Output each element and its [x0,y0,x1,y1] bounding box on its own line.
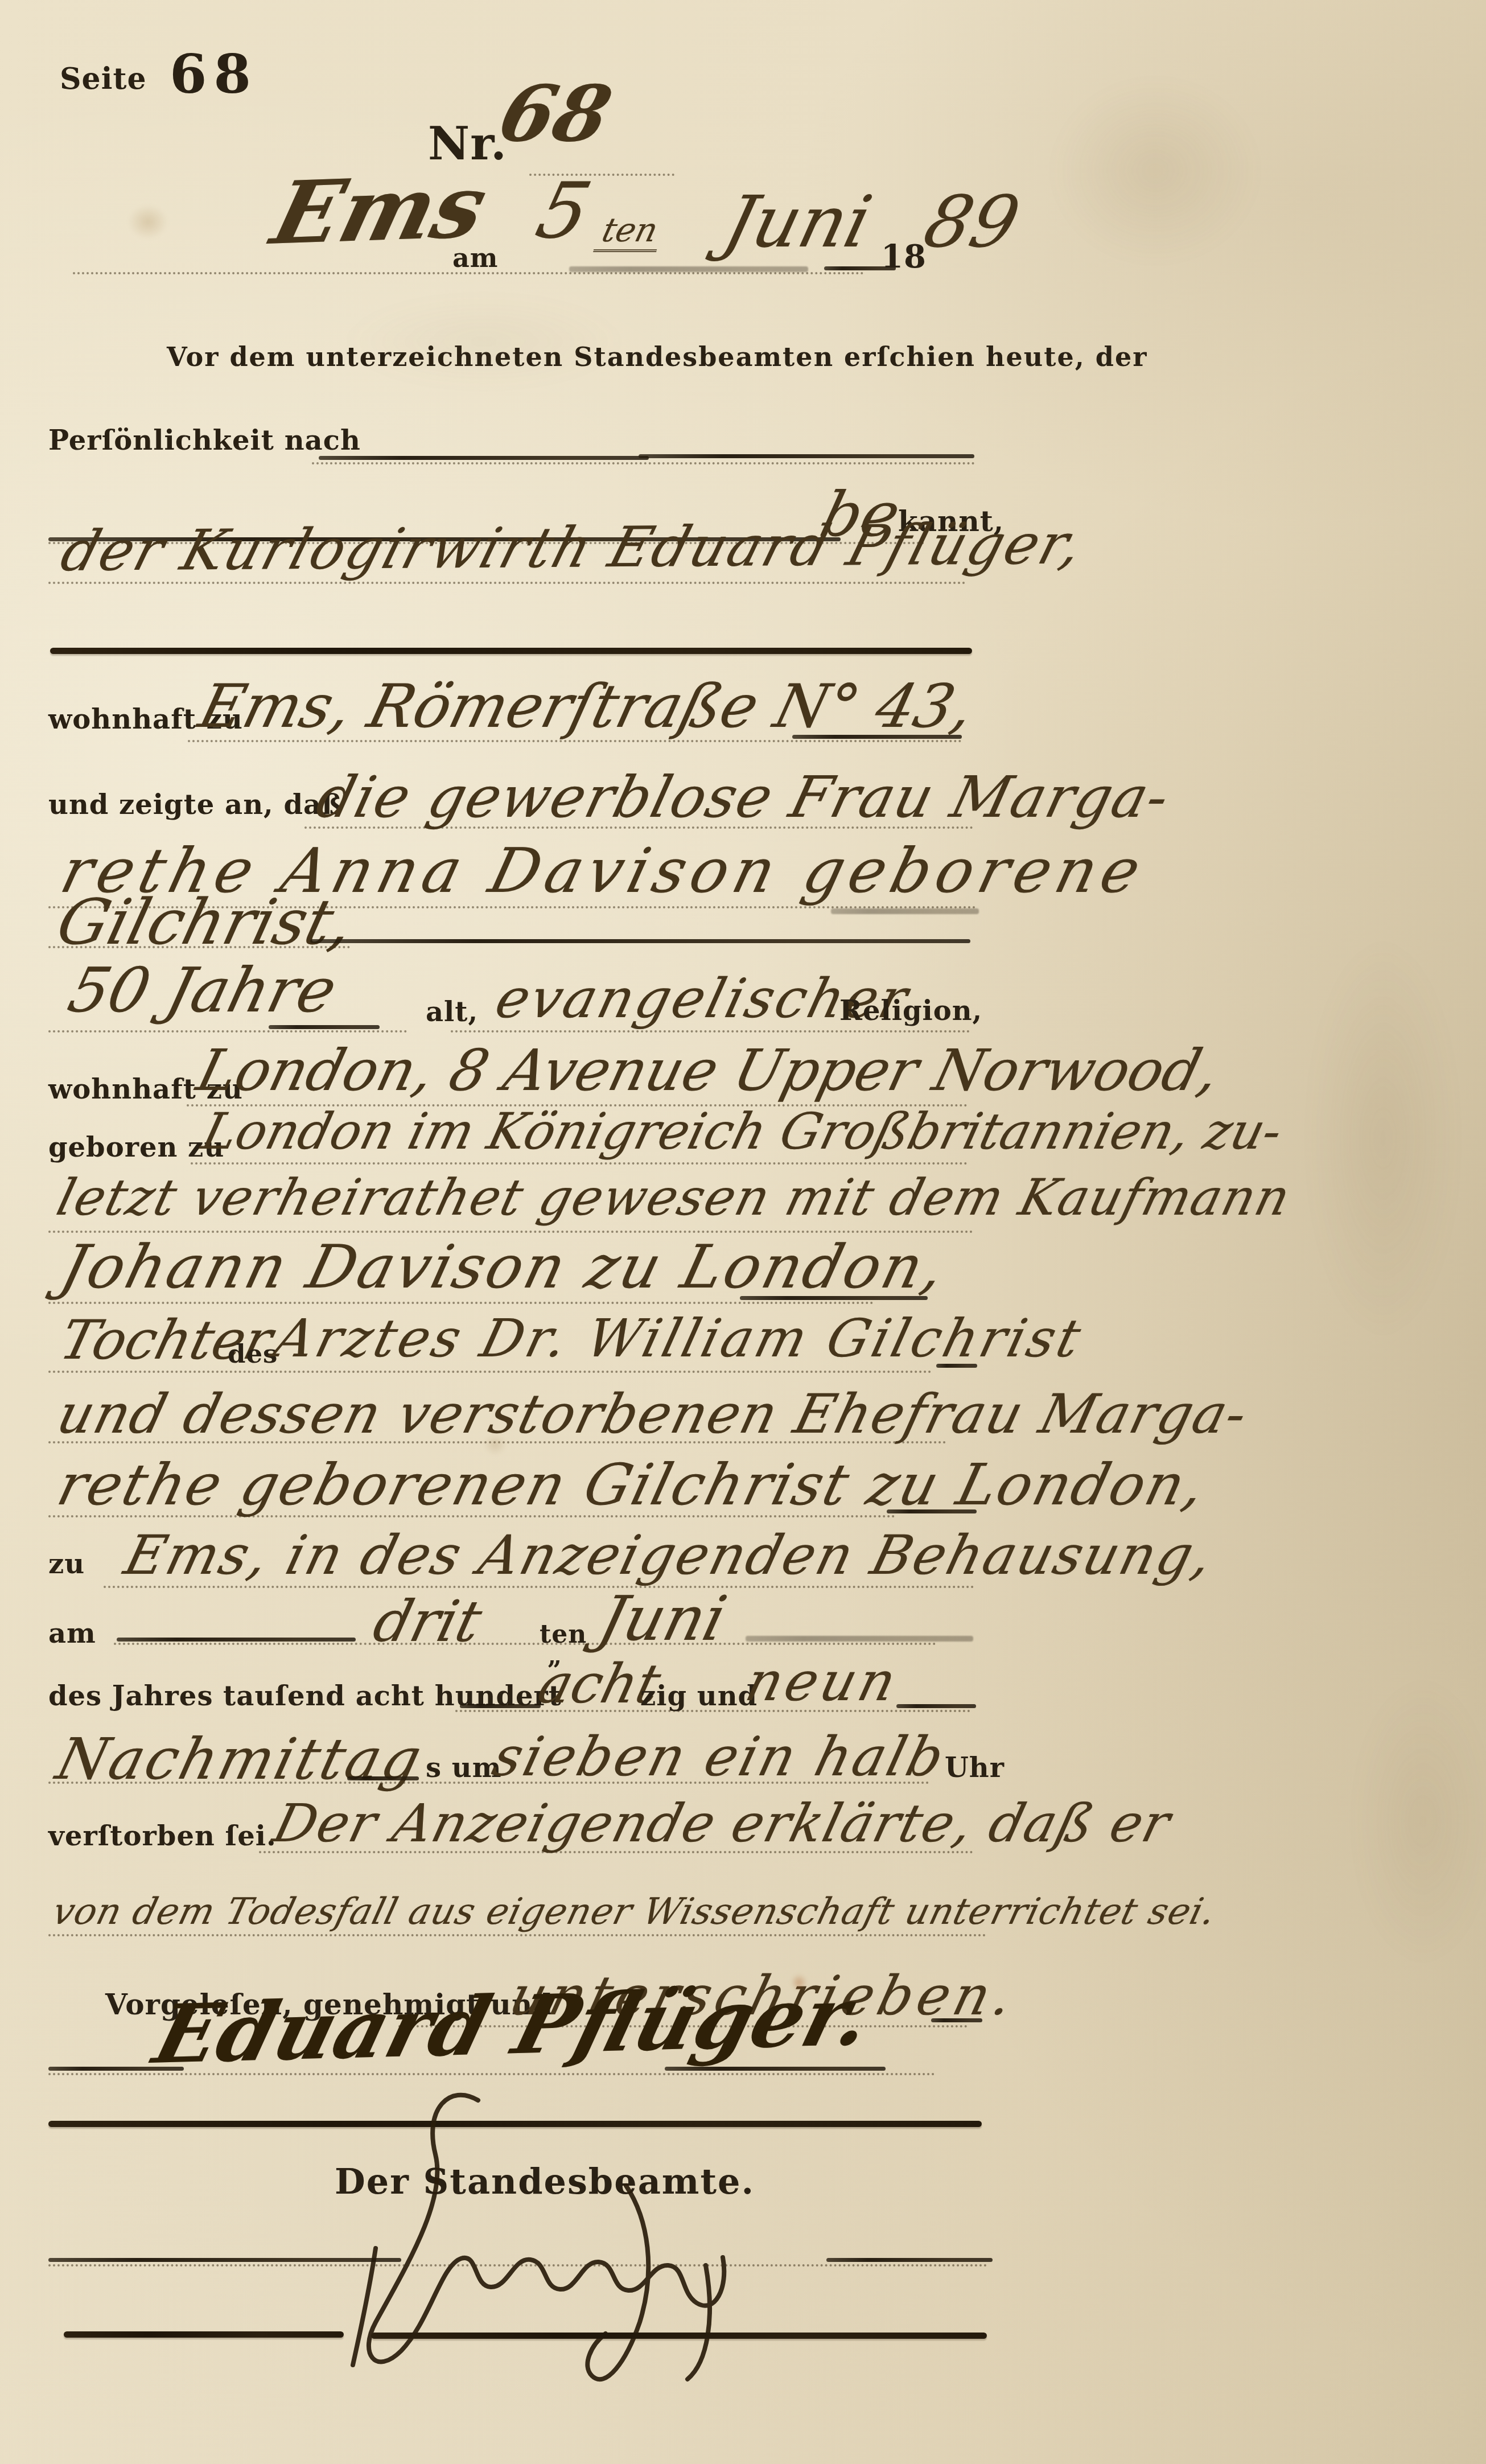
time-entry: sieben ein halb [487,1726,952,1788]
bleed-smudge [1309,939,1457,1338]
ink-stroke [639,454,974,458]
birthplace-entry: London im Königreich Großbritannien, zu- [196,1102,1289,1161]
zu-label: zu [48,1548,85,1580]
thick-rule [64,2331,344,2338]
ink-stroke [665,2067,886,2071]
thick-rule [50,648,972,654]
entry-line [312,462,975,464]
deceased-entry-1: die gewerblose Frau Marga- [310,764,1177,830]
fox-spot [484,1434,507,1455]
dateline-month: Juni [716,181,879,264]
deceased-residence-entry: London, 8 Avenue Upper Norwood, [191,1037,1226,1104]
registrar-signature-flourish [307,2078,785,2396]
ten-label: ten [540,1620,587,1649]
form-persoenlichkeit-label: Perſönlichkeit nach [48,425,361,456]
register-page: Seite 68 Nr. 68 Ems am 5 ten Juni 18 89 … [0,0,1486,2464]
ink-stroke [831,908,979,914]
ink-stroke [269,1025,380,1029]
mother-entry-2: rethe geborenen Gilchrist zu London, [51,1451,1213,1518]
fox-spot [791,1974,807,1991]
dateline-year-written: 89 [916,181,1027,264]
age-entry: 50 Jahre [61,955,344,1026]
entry-line [259,1851,973,1853]
verstorben-label: verſtorben ſei. [48,1820,277,1852]
page-number: 68 [170,43,258,106]
ink-stroke [319,456,649,460]
dateline-am-label: am [452,242,498,273]
religion-label: Religion, [839,995,982,1027]
entry-line [48,1515,895,1517]
entry-line [304,826,973,829]
ink-stroke [48,2067,184,2071]
declarant-residence-entry: Ems, Römerſtraße N° 43, [192,672,981,741]
am2-label: am [48,1618,96,1649]
bleed-smudge [1053,80,1258,262]
mother-entry-1: und dessen verstorbenen Ehefrau Marga- [51,1383,1254,1446]
entry-line [48,946,350,948]
uhr-label: Uhr [945,1752,1005,1784]
ink-stroke [931,2018,982,2022]
entry-line [114,1643,936,1645]
alt-label: alt, [426,996,478,1028]
ink-stroke [887,1509,977,1513]
thick-rule [371,2333,987,2339]
entry-line [48,1371,932,1373]
dateline-day-suffix: ten [593,211,666,252]
father-entry: Arztes Dr. William Gilchrist [269,1308,1089,1369]
ink-stroke [740,1296,928,1300]
death-day-entry: drit [367,1588,488,1655]
ink-stroke [310,939,970,943]
zig-und-label: zig und [640,1680,758,1712]
ink-stroke [826,2258,993,2262]
entry-line [48,1302,874,1304]
fox-spot [128,205,168,239]
entry-line [451,1030,970,1033]
entry-line [48,582,966,584]
entry-line [48,2264,987,2266]
ink-stroke [347,1776,419,1780]
declaration-entry-1: Der Anzeigende erklärte, daß er [267,1793,1178,1854]
entry-line [188,740,962,742]
death-month-entry: Juni [592,1583,733,1655]
year-ones-entry: neun [740,1651,905,1713]
ink-stroke [792,735,962,739]
page-label: Seite [60,61,147,96]
entry-line [48,1934,986,1936]
marriage-entry-1: letzt verheirathet gewesen mit dem Kaufm… [51,1168,1297,1227]
entry-line [48,1030,407,1033]
ink-stroke [746,1636,973,1642]
ink-stroke [117,1638,356,1642]
marriage-entry-2: Johann Davison zu London, [54,1232,954,1302]
entry-line [48,2073,935,2075]
bleed-smudge [1355,1679,1486,1964]
zeigte-an-label: und zeigte an, daß [48,789,343,821]
form-intro-line: Vor dem unterzeichneten Standesbeamten e… [167,342,1147,372]
ink-stroke [936,1364,977,1368]
declaration-entry-2: von dem Todesfall aus eigener Wissenscha… [48,1891,1220,1933]
entry-line [104,1586,974,1588]
entry-line [73,272,864,274]
declarant-entry: der Kurlogirwirth Eduard Pflüger, [54,512,1091,584]
declarant-signature: Eduard Pflüger. [145,1969,881,2082]
bleed-smudge [341,296,626,387]
entry-line [191,1162,968,1165]
dateline-day: 5 [528,166,599,256]
record-number-value: 68 [491,68,620,159]
death-place-entry: Ems, in des Anzeigenden Behausung, [118,1524,1220,1587]
ink-stroke [460,1704,541,1708]
ink-stroke [48,2258,401,2262]
ink-stroke [569,266,808,272]
ink-stroke [896,1704,976,1708]
